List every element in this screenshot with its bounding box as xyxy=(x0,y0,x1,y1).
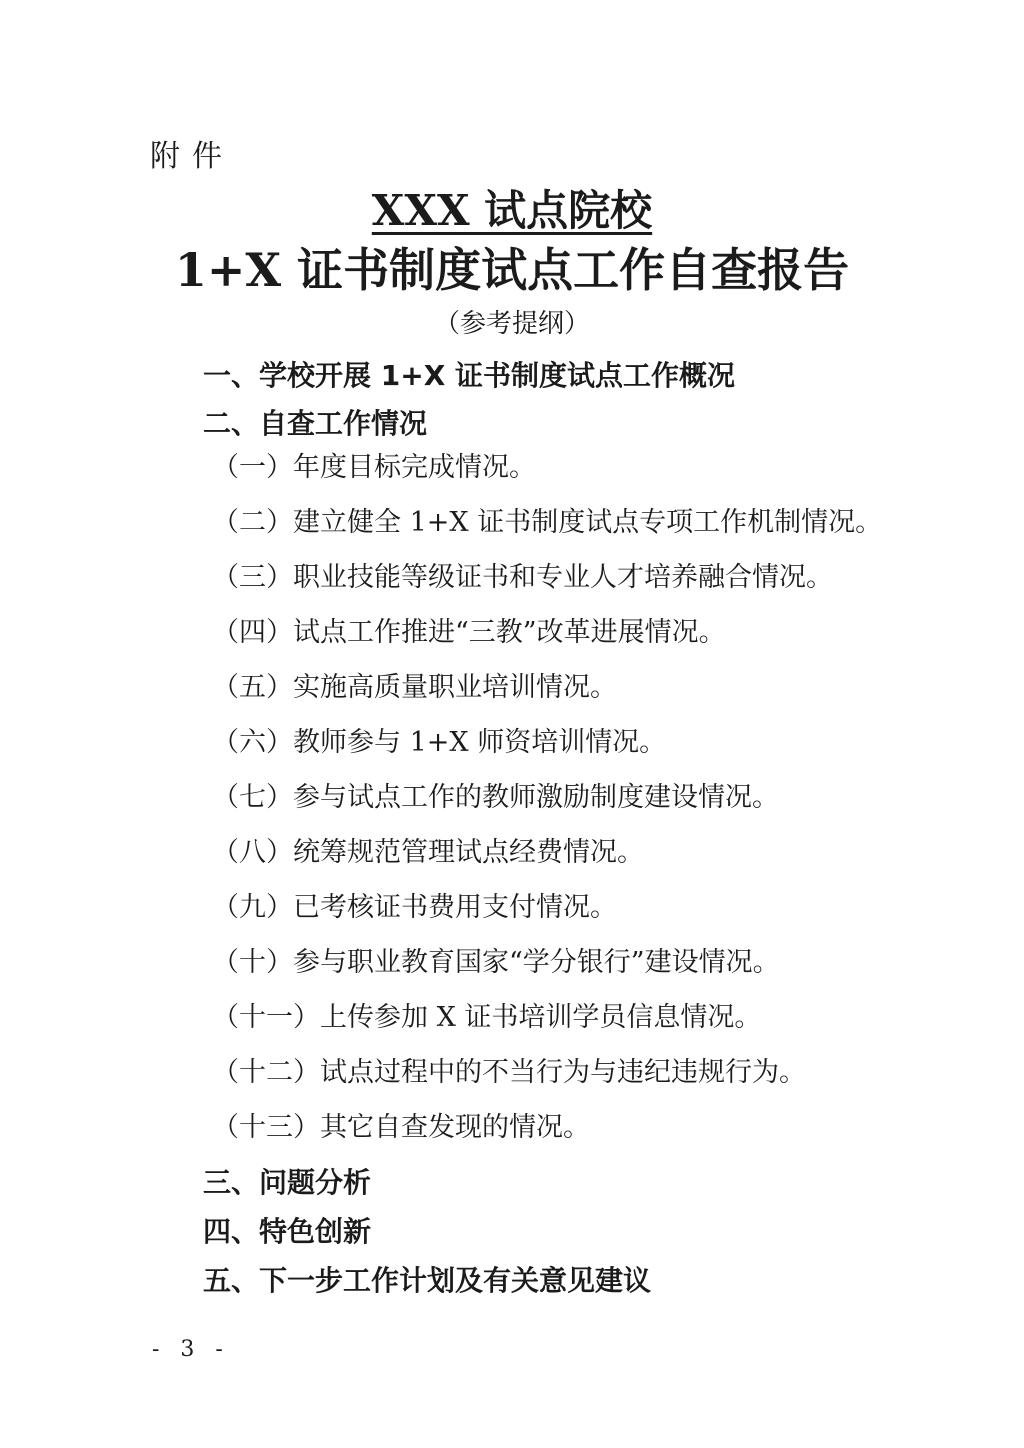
document-subtitle: （参考提纲） xyxy=(0,303,1024,340)
outline-sub-item-7: （七）参与试点工作的教师激励制度建设情况。 xyxy=(212,770,964,825)
outline-sub-item-5: （五）实施高质量职业培训情况。 xyxy=(212,660,964,715)
outline-top-headings: 一、学校开展 1+X 证书制度试点工作概况 二、自查工作情况 xyxy=(203,352,944,448)
outline-sub-items: （一）年度目标完成情况。 （二）建立健全 1+X 证书制度试点专项工作机制情况。… xyxy=(212,440,964,1155)
page-number: - 3 - xyxy=(152,1337,230,1362)
outline-sub-item-11: （十一）上传参加 X 证书培训学员信息情况。 xyxy=(212,990,964,1045)
outline-sub-item-12: （十二）试点过程中的不当行为与违纪违规行为。 xyxy=(212,1045,964,1100)
outline-sub-item-1: （一）年度目标完成情况。 xyxy=(212,440,964,495)
outline-section-5: 五、下一步工作计划及有关意见建议 xyxy=(203,1256,944,1305)
attachment-label: 附件 xyxy=(150,131,234,175)
outline-sub-item-2: （二）建立健全 1+X 证书制度试点专项工作机制情况。 xyxy=(212,495,964,550)
outline-sub-item-13: （十三）其它自查发现的情况。 xyxy=(212,1100,964,1155)
outline-section-3: 三、问题分析 xyxy=(203,1158,944,1207)
document-title-line1-text: XXX 试点院校 xyxy=(372,186,652,235)
outline-sub-item-3: （三）职业技能等级证书和专业人才培养融合情况。 xyxy=(212,550,964,605)
outline-sub-item-8: （八）统筹规范管理试点经费情况。 xyxy=(212,825,964,880)
outline-sub-item-9: （九）已考核证书费用支付情况。 xyxy=(212,880,964,935)
document-title-line1: XXX 试点院校 xyxy=(0,178,1024,238)
outline-sub-item-6: （六）教师参与 1+X 师资培训情况。 xyxy=(212,715,964,770)
document-page: 附件 XXX 试点院校 1+X 证书制度试点工作自查报告 （参考提纲） 一、学校… xyxy=(0,0,1024,1448)
outline-bottom-headings: 三、问题分析 四、特色创新 五、下一步工作计划及有关意见建议 xyxy=(203,1158,944,1305)
outline-section-1: 一、学校开展 1+X 证书制度试点工作概况 xyxy=(203,352,944,400)
outline-section-4: 四、特色创新 xyxy=(203,1207,944,1256)
outline-sub-item-4: （四）试点工作推进“三教”改革进展情况。 xyxy=(212,605,964,660)
document-title-line2: 1+X 证书制度试点工作自查报告 xyxy=(0,234,1024,300)
outline-sub-item-10: （十）参与职业教育国家“学分银行”建设情况。 xyxy=(212,935,964,990)
